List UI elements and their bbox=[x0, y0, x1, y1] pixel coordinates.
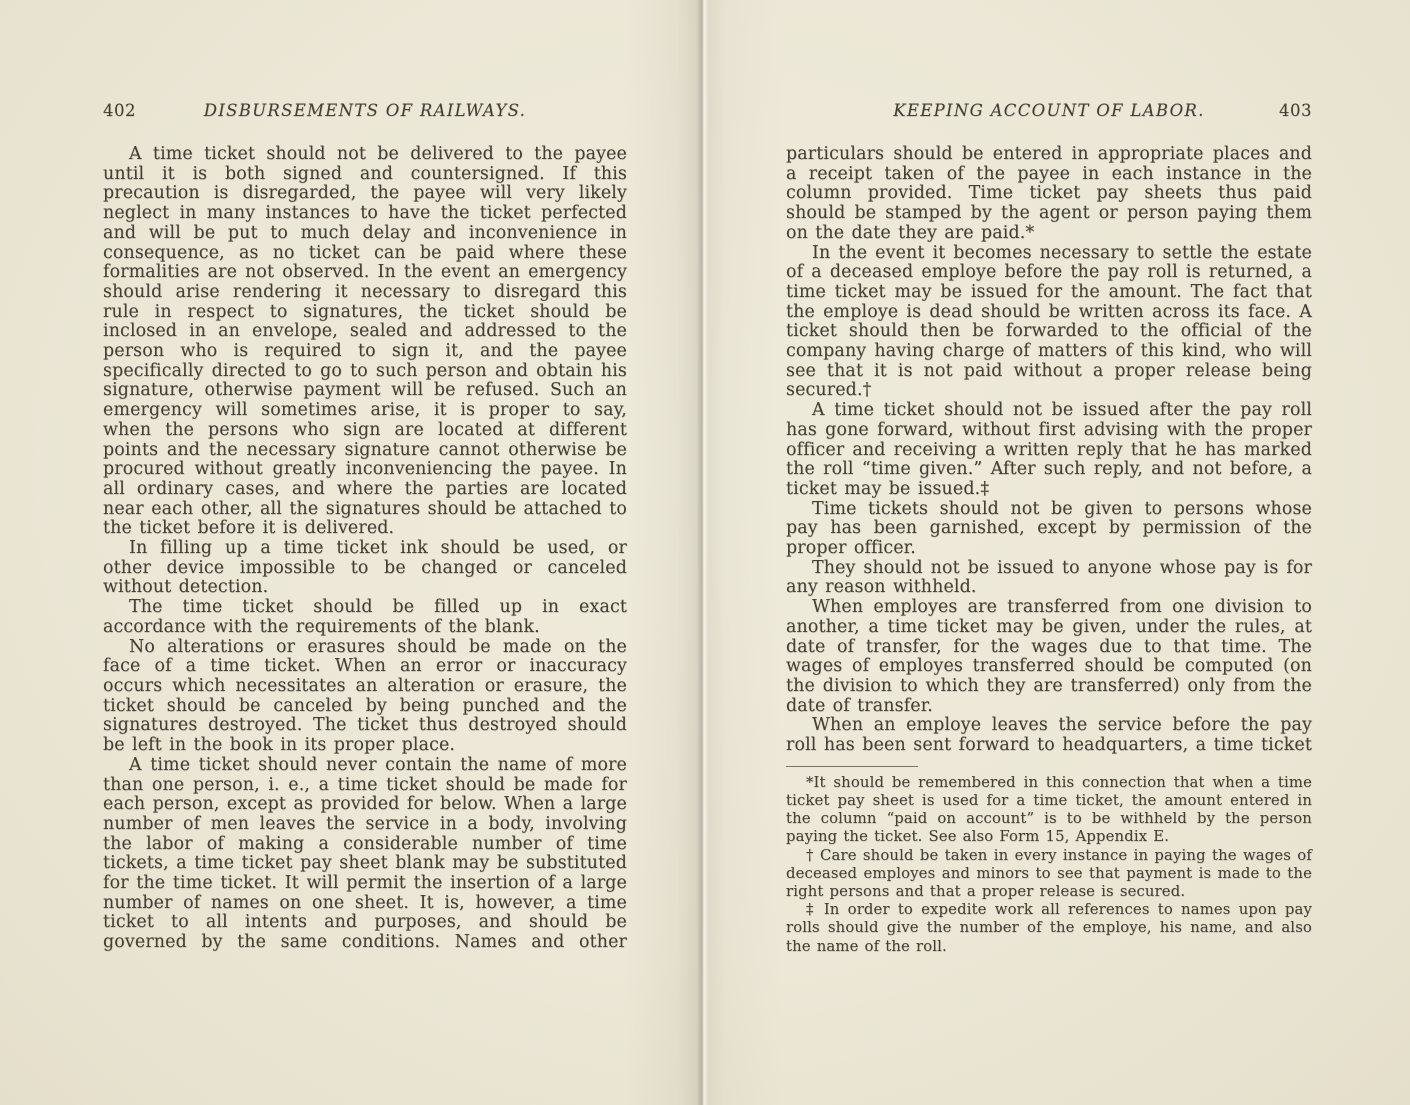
paragraph: In filling up a time ticket ink should b… bbox=[103, 539, 627, 598]
paragraph: Time tickets should not be given to pers… bbox=[786, 500, 1312, 559]
book-spread: 402 DISBURSEMENTS OF RAILWAYS. A time ti… bbox=[0, 0, 1410, 1105]
running-title-right: KEEPING ACCOUNT OF LABOR. bbox=[786, 101, 1312, 120]
running-title-left: DISBURSEMENTS OF RAILWAYS. bbox=[103, 101, 627, 120]
footnote: ‡ In order to expedite work all referenc… bbox=[786, 901, 1312, 956]
page-left: 402 DISBURSEMENTS OF RAILWAYS. A time ti… bbox=[103, 101, 627, 953]
paragraph: In the event it becomes necessary to set… bbox=[786, 244, 1312, 402]
paragraph: When an employe leaves the service befor… bbox=[786, 716, 1312, 755]
paragraph: A time ticket should never contain the n… bbox=[103, 756, 627, 953]
paragraph: When employes are transferred from one d… bbox=[786, 598, 1312, 716]
footnote-separator bbox=[786, 766, 918, 767]
footnotes-block: *It should be remembered in this connect… bbox=[786, 774, 1312, 956]
footnote: *It should be remembered in this connect… bbox=[786, 774, 1312, 847]
footnote: † Care should be taken in every instance… bbox=[786, 847, 1312, 902]
page-body-left: A time ticket should not be delivered to… bbox=[103, 145, 627, 953]
page-number-right: 403 bbox=[1279, 101, 1312, 120]
paragraph: particulars should be entered in appropr… bbox=[786, 145, 1312, 244]
page-header-left: 402 DISBURSEMENTS OF RAILWAYS. bbox=[103, 101, 627, 125]
page-number-left: 402 bbox=[103, 101, 136, 120]
paragraph: No alterations or erasures should be mad… bbox=[103, 638, 627, 756]
paragraph: A time ticket should not be issued after… bbox=[786, 401, 1312, 500]
page-gutter-shadow bbox=[623, 0, 783, 1105]
page-header-right: KEEPING ACCOUNT OF LABOR. 403 bbox=[786, 101, 1312, 125]
paragraph: A time ticket should not be delivered to… bbox=[103, 145, 627, 539]
paragraph: The time ticket should be filled up in e… bbox=[103, 598, 627, 637]
page-right: KEEPING ACCOUNT OF LABOR. 403 particular… bbox=[786, 101, 1312, 956]
page-body-right: particulars should be entered in appropr… bbox=[786, 145, 1312, 756]
paragraph: They should not be issued to anyone whos… bbox=[786, 559, 1312, 598]
